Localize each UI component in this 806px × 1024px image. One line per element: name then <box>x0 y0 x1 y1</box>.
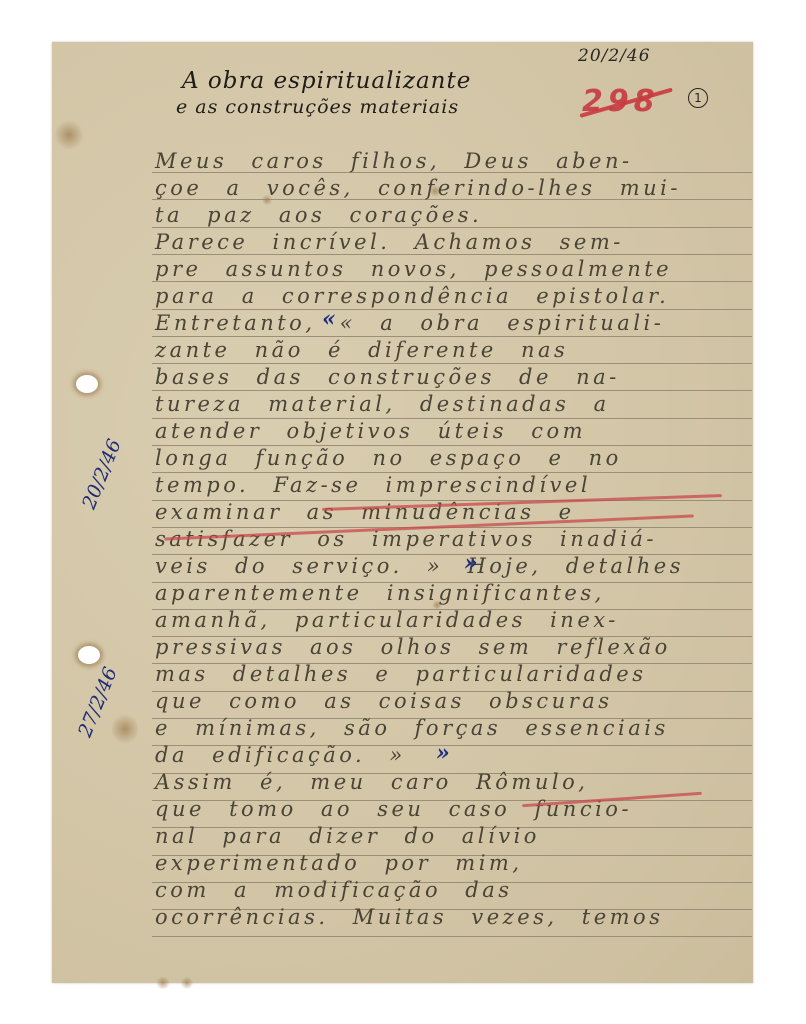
page-number: 1 <box>688 88 708 108</box>
title-line-1: A obra espiritualizante <box>182 68 471 94</box>
body-line-19: pressivas aos olhos sem reflexão <box>155 635 750 659</box>
punch-hole <box>76 375 98 393</box>
stain <box>180 977 194 989</box>
open-quote-mark: « <box>322 306 336 332</box>
close-quote-mark: » <box>436 740 450 766</box>
body-line-22: e mínimas, são forças essenciais <box>155 716 750 740</box>
body-line-16: veis do serviço. » Hoje, detalhes <box>155 554 750 578</box>
letter-page: A obra espiritualizante e as construções… <box>52 42 753 983</box>
ruled-line <box>152 281 752 282</box>
punch-hole <box>78 646 100 664</box>
body-line-28: com a modificação das <box>155 878 750 902</box>
body-line-5: pre assuntos novos, pessoalmente <box>155 257 750 281</box>
body-line-21: que como as coisas obscuras <box>155 689 750 713</box>
margin-date-1: 20/2/46 <box>78 436 126 512</box>
ruled-line <box>152 254 752 255</box>
header-date: 20/2/46 <box>578 46 651 66</box>
body-line-10: tureza material, destinadas a <box>155 392 750 416</box>
body-line-27: experimentado por mim, <box>155 851 750 875</box>
body-line-17: aparentemente insignificantes, <box>155 581 750 605</box>
close-quote-mark: » <box>464 550 478 576</box>
body-line-8: zante não é diferente nas <box>155 338 750 362</box>
body-line-29: ocorrências. Muitas vezes, temos <box>155 905 750 929</box>
body-line-12: longa função no espaço e no <box>155 446 750 470</box>
body-line-2: çoe a vocês, conferindo-lhes mui- <box>155 176 750 200</box>
body-line-20: mas detalhes e particularidades <box>155 662 750 686</box>
body-line-15: satisfazer os imperativos inadiá- <box>155 527 750 551</box>
ruled-line <box>152 936 752 937</box>
ruled-line <box>152 336 752 337</box>
body-line-24: Assim é, meu caro Rômulo, <box>155 770 750 794</box>
body-line-3: ta paz aos corações. <box>155 203 750 227</box>
body-line-13: tempo. Faz-se imprescindível <box>155 473 750 497</box>
body-line-6: para a correspondência epistolar. <box>155 284 750 308</box>
body-line-4: Parece incrível. Achamos sem- <box>155 230 750 254</box>
body-line-7: Entretanto, « a obra espirituali- <box>155 311 750 335</box>
ruled-line <box>152 363 752 364</box>
body-line-1: Meus caros filhos, Deus aben- <box>155 149 750 173</box>
body-line-18: amanhã, particularidades inex- <box>155 608 750 632</box>
body-line-9: bases das construções de na- <box>155 365 750 389</box>
body-line-26: nal para dizer do alívio <box>155 824 750 848</box>
stain <box>54 120 84 150</box>
body-line-11: atender objetivos úteis com <box>155 419 750 443</box>
body-line-23: da edificação. » <box>155 743 750 767</box>
stain <box>155 977 171 989</box>
body-line-25: que tomo ao seu caso funcio- <box>155 797 750 821</box>
ruled-line <box>152 309 752 310</box>
title-line-2: e as construções materiais <box>176 96 459 118</box>
stain <box>112 712 138 746</box>
